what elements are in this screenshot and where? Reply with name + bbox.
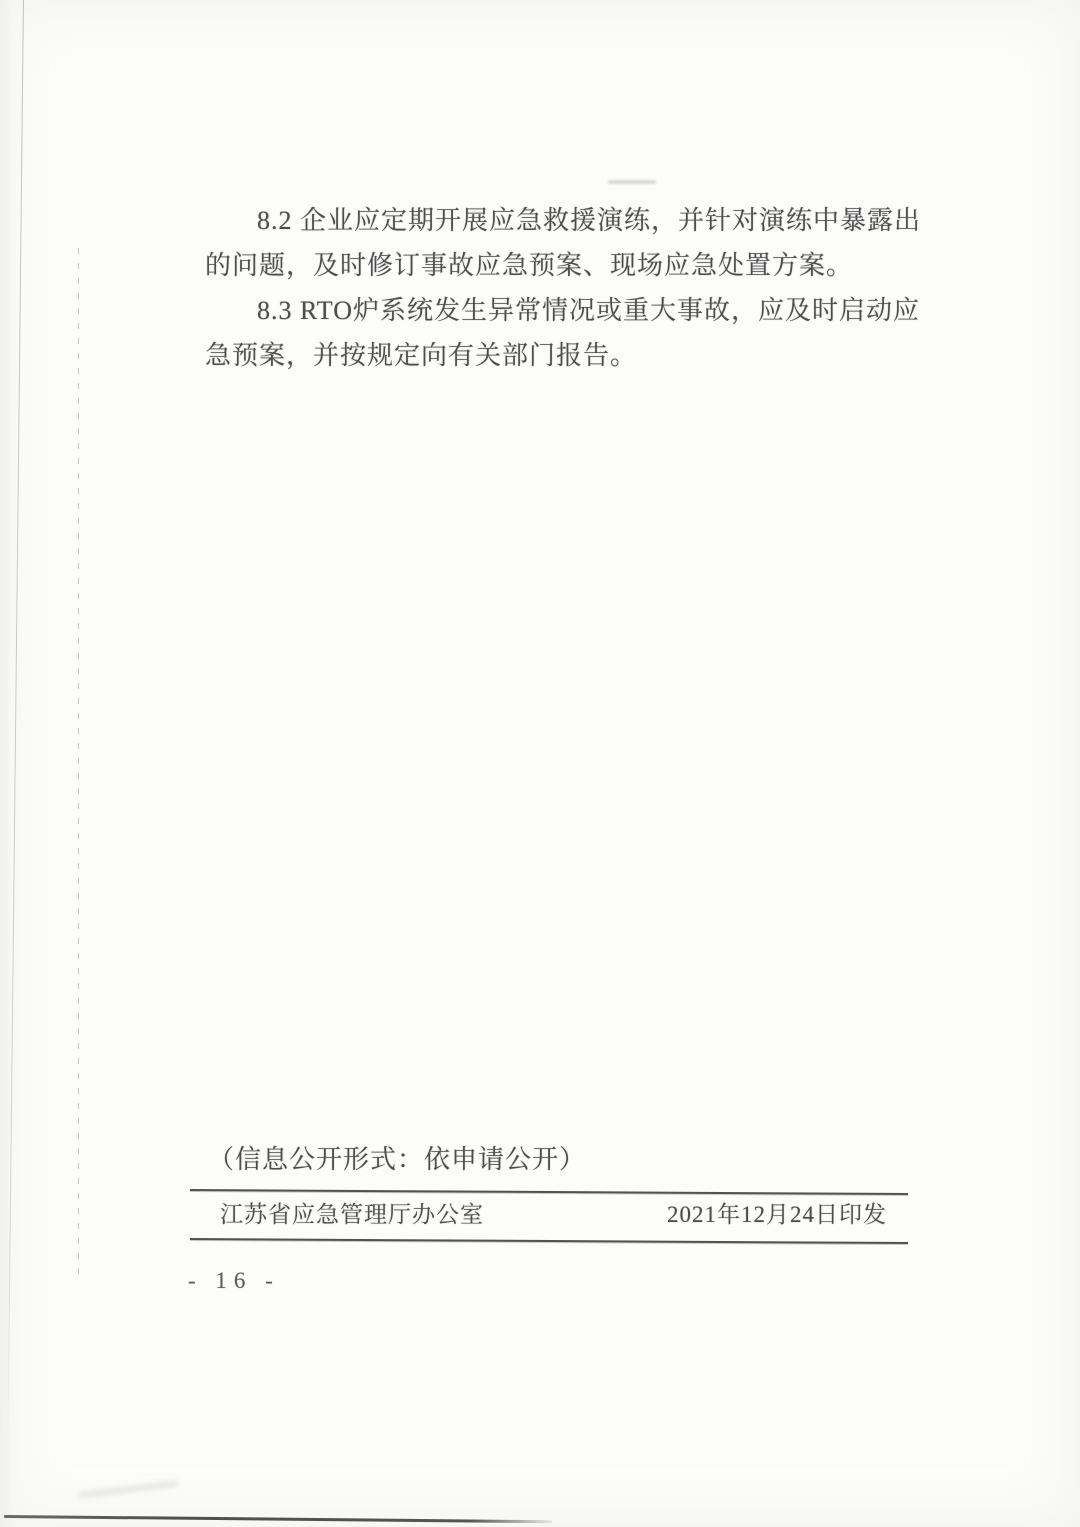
paragraph-line: 8.2 企业应定期开展应急救援演练，并针对演练中暴露出 — [205, 198, 917, 243]
paragraph-8-3: 8.3 RTO炉系统发生异常情况或重大事故，应及时启动应 急预案，并按规定向有关… — [205, 288, 917, 378]
issue-date: 2021年12月24日印发 — [667, 1198, 887, 1232]
paragraph-line: 的问题，及时修订事故应急预案、现场应急处置方案。 — [205, 243, 917, 288]
paragraph-line: 急预案，并按规定向有关部门报告。 — [205, 333, 917, 378]
paragraph-line: 8.3 RTO炉系统发生异常情况或重大事故，应及时启动应 — [205, 288, 917, 333]
issuer-office: 江苏省应急管理厅办公室 — [220, 1198, 484, 1232]
scan-artifact-smudge — [608, 180, 656, 184]
footer-row: 江苏省应急管理厅办公室 2021年12月24日印发 — [220, 1198, 887, 1232]
paragraph-8-2: 8.2 企业应定期开展应急救援演练，并针对演练中暴露出 的问题，及时修订事故应急… — [205, 198, 917, 288]
footer-rule-top — [190, 1189, 908, 1195]
page-bottom-edge — [4, 1515, 552, 1523]
page-number: - 16 - — [188, 1268, 280, 1294]
document-body: 8.2 企业应定期开展应急救援演练，并针对演练中暴露出 的问题，及时修订事故应急… — [205, 198, 917, 378]
disclosure-note: （信息公开形式：依申请公开） — [208, 1140, 586, 1180]
scan-artifact-smudge — [78, 1480, 178, 1499]
scan-artifact-dashed-line — [78, 248, 79, 1280]
left-edge-shading — [0, 0, 12, 1527]
footer-rule-bottom — [190, 1238, 908, 1244]
scanned-document-page: 8.2 企业应定期开展应急救援演练，并针对演练中暴露出 的问题，及时修订事故应急… — [0, 0, 1080, 1527]
